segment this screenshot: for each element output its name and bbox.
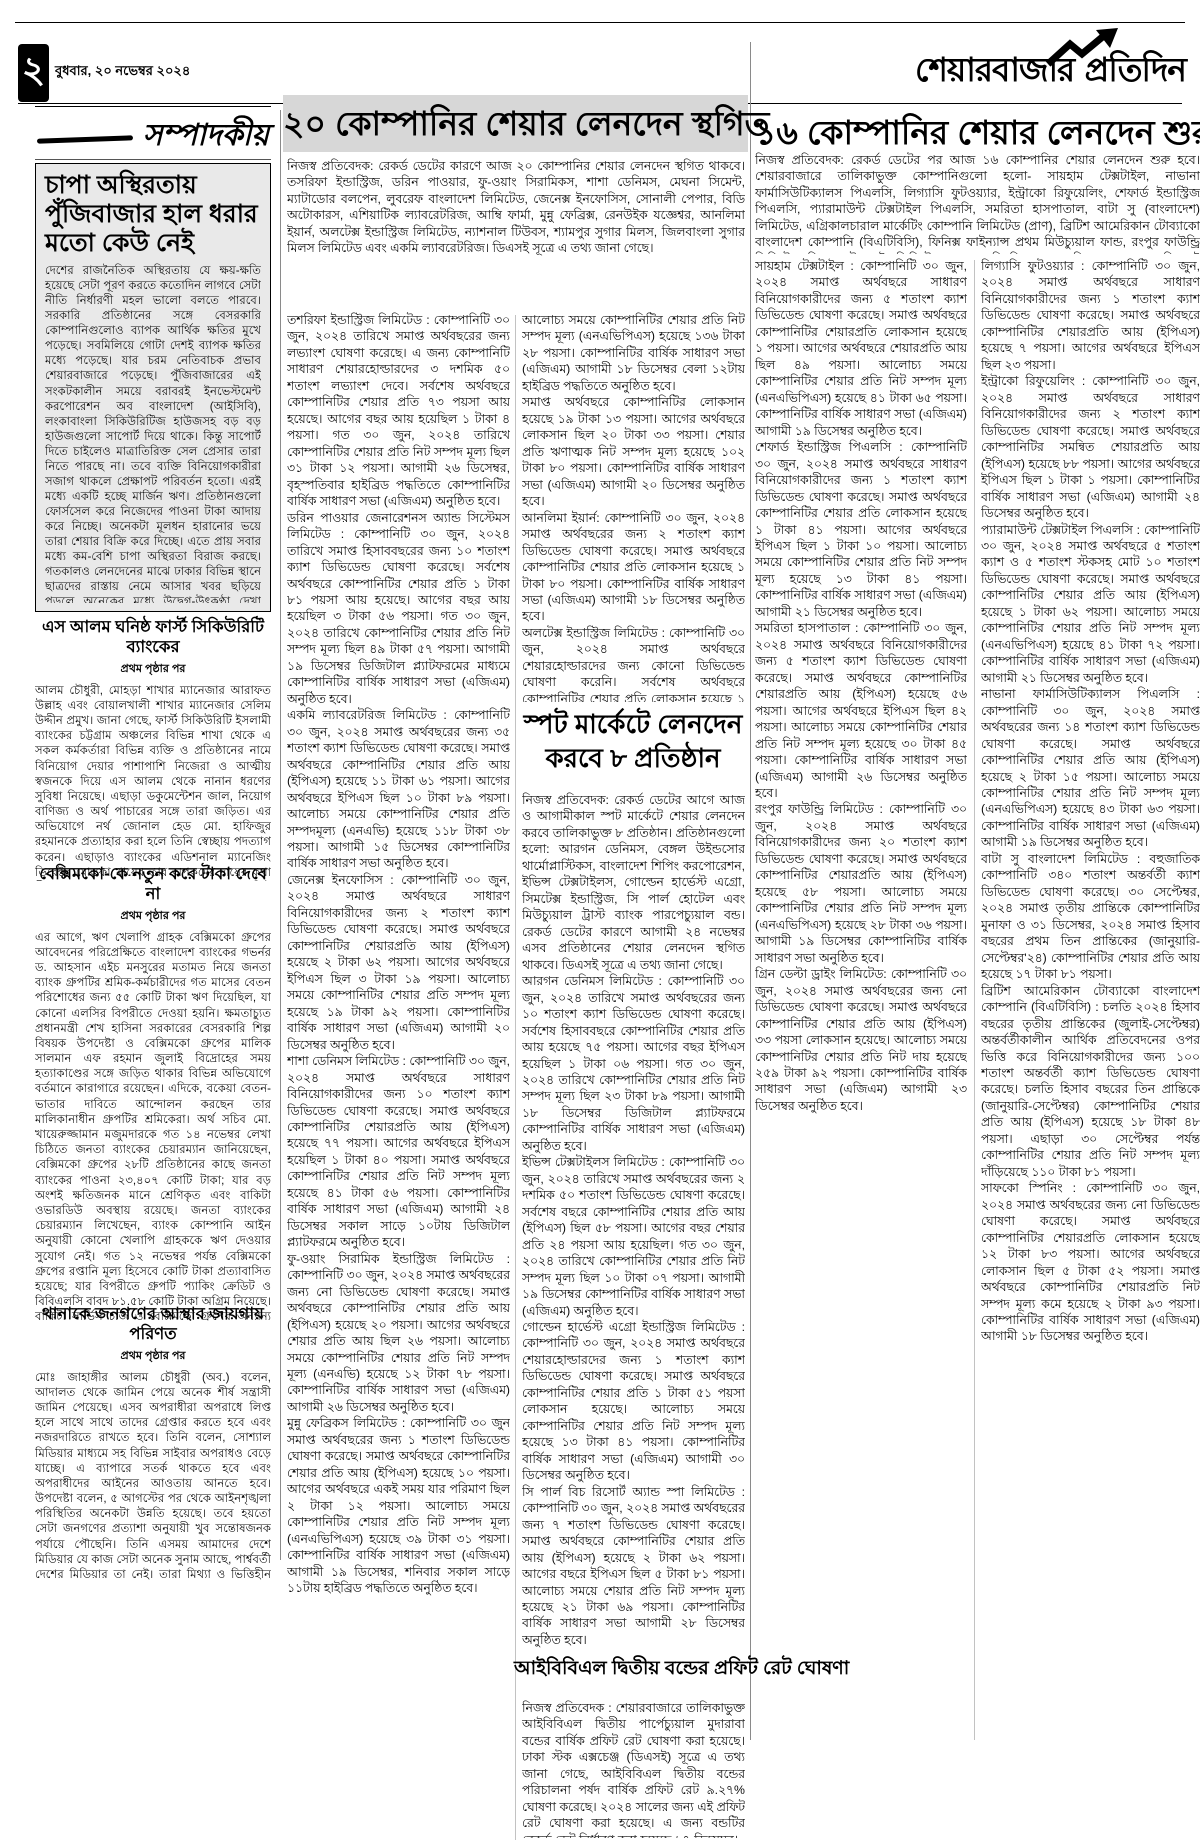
suspended-intro: নিজস্ব প্রতিবেদক: রেকর্ড ডেটের কারণে আজ … xyxy=(287,158,745,308)
column-rule-mid xyxy=(515,315,516,1840)
editorial-section-header: সম্পাদকীয় xyxy=(35,106,271,160)
article-body: এর আগে, ঋণ খেলাপি গ্রাহক বেক্সিমকো গ্রুপ… xyxy=(35,930,271,1322)
article-headline: বেক্সিমকো-কে নতুন করে টাকা দেবে না xyxy=(35,865,271,905)
top-border-rule xyxy=(15,22,1185,23)
article-body: মোঃ জাহাঙ্গীর আলম চৌধুরী (অব.) বলেন, আদা… xyxy=(35,1370,271,1580)
editorial-lead-article: চাপা অস্থিরতায় পুঁজিবাজার হাল ধরার মতো … xyxy=(35,163,271,612)
editorial-swash-line xyxy=(37,135,133,143)
resume-column-2: লিগ্যাসি ফুটওয়্যার : কোম্পানিটি ৩০ জুন,… xyxy=(981,258,1200,1742)
editorial-lead-body: দেশের রাজনৈতিক অস্থিরতায় যে ক্ষয়-ক্ষতি… xyxy=(45,263,261,603)
newspaper-page: ২ বুধবার, ২০ নভেম্বর ২০২৪ শেয়ারবাজার প্… xyxy=(0,0,1200,1843)
editorial-lead-headline: চাপা অস্থিরতায় পুঁজিবাজার হাল ধরার মতো … xyxy=(45,171,261,258)
continued-article-thana: থানাকে জনগণের আস্থার জায়গায় পরিণত প্রথ… xyxy=(35,1305,271,1560)
editorial-section-title: সম্পাদকীয় xyxy=(143,111,269,162)
page-number-box: ২ xyxy=(18,44,49,102)
main-headline-band: ২০ কোম্পানির শেয়ার লেনদেন স্থগিত xyxy=(283,95,748,152)
spot-market-headline: স্পট মার্কেটে লেনদেন করবে ৮ প্রতিষ্ঠান xyxy=(518,708,748,776)
ibbl-bond-headline: আইবিবিএল দ্বিতীয় বন্ডের প্রফিট রেট ঘোষণ… xyxy=(514,1654,748,1686)
masthead-title: শেয়ারবাজার প্রতিদিন xyxy=(856,40,1186,100)
continued-article-salam: এস আলম ঘনিষ্ঠ ফার্স্ট সিকিউরিটি ব্যাংকের… xyxy=(35,618,271,860)
continued-from-label: প্রথম পৃষ্ঠার পর xyxy=(35,907,271,926)
continued-from-label: প্রথম পৃষ্ঠার পর xyxy=(35,660,271,679)
article-headline: থানাকে জনগণের আস্থার জায়গায় পরিণত xyxy=(35,1305,271,1345)
resume-column-1: সায়হাম টেক্সটাইল : কোম্পানিটি ৩০ জুন, ২… xyxy=(755,258,967,1742)
resume-intro: নিজস্ব প্রতিবেদক: রেকর্ড ডেটের পর আজ ১৬ … xyxy=(755,152,1200,254)
suspended-column-1: তশরিফা ইন্ডাস্ট্রিজ লিমিটেড : কোম্পানিটি… xyxy=(287,312,510,1598)
suspended-column-2: আলোচ্য সময়ে কোম্পানিটির শেয়ার প্রতি নি… xyxy=(522,312,745,702)
main-headline: ২০ কোম্পানির শেয়ার লেনদেন স্থগিত xyxy=(283,95,748,152)
spot-market-body: নিজস্ব প্রতিবেদক: রেকর্ড ডেটের আগে আজ ও … xyxy=(522,792,745,1648)
continued-from-label: প্রথম পৃষ্ঠার পর xyxy=(35,1347,271,1366)
article-body: আলম চৌধুরী, মোহড়া শাখার ম্যানেজার আরাফত… xyxy=(35,683,271,881)
column-rule-right xyxy=(750,42,751,1740)
continued-article-beximco: বেক্সিমকো-কে নতুন করে টাকা দেবে না প্রথম… xyxy=(35,865,271,1302)
masthead-trend-arrow-icon xyxy=(1044,28,1122,70)
page-number: ২ xyxy=(22,43,45,103)
article-headline: এস আলম ঘনিষ্ঠ ফার্স্ট সিকিউরিটি ব্যাংকের xyxy=(35,618,271,658)
column-rule-far-right xyxy=(974,260,975,1740)
edition-date: বুধবার, ২০ নভেম্বর ২০২৪ xyxy=(55,62,190,83)
column-rule-left xyxy=(280,110,281,1560)
masthead: শেয়ারবাজার প্রতিদিন xyxy=(856,40,1186,100)
ibbl-bond-body: নিজস্ব প্রতিবেদক : শেয়ারবাজারে তালিকাভু… xyxy=(522,1700,745,1838)
